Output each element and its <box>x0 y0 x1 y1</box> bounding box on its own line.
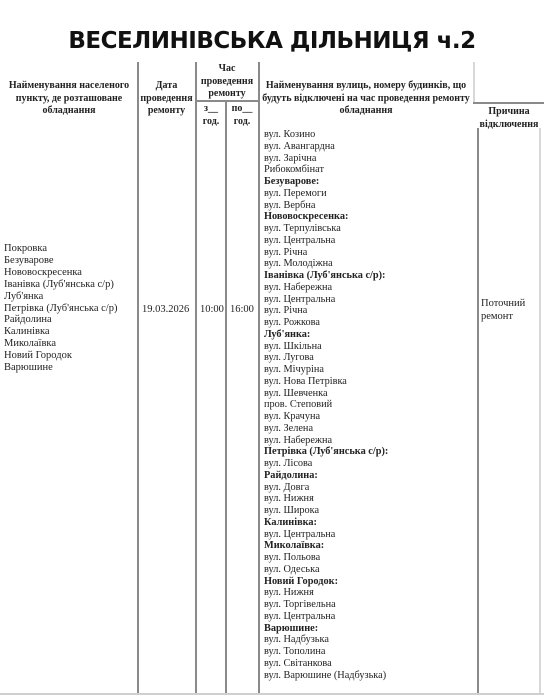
street-item: вул. Варюшине (Надбузька) <box>264 670 388 682</box>
outage-reason: Поточний ремонт <box>481 298 537 323</box>
page-title: ВЕСЕЛИНІВСЬКА ДІЛЬНИЦЯ ч.2 <box>0 28 544 54</box>
table-divider <box>225 100 227 694</box>
street-item: вул. Центральна <box>264 529 388 541</box>
street-item: вул. Нова Петрівка <box>264 376 388 388</box>
time-to: 16:00 <box>230 304 254 316</box>
street-item: вул. Зелена <box>264 423 388 435</box>
street-item: вул. Шкільна <box>264 341 388 353</box>
street-item: вул. Козино <box>264 129 388 141</box>
settlement-item: Іванівка (Луб'янська с/р) <box>4 279 117 291</box>
street-item: вул. Вербна <box>264 200 388 212</box>
settlement-item: Райдолина <box>4 314 117 326</box>
street-item: вул. Тополина <box>264 646 388 658</box>
table-divider <box>0 693 544 695</box>
street-item: вул. Шевченка <box>264 388 388 400</box>
settlement-group-heading: Новий Городок: <box>264 576 388 588</box>
street-item: вул. Широка <box>264 505 388 517</box>
settlement-group-heading: Луб'янка: <box>264 329 388 341</box>
street-item: вул. Лісова <box>264 458 388 470</box>
table-divider <box>477 128 479 694</box>
table-divider <box>473 102 544 104</box>
settlement-group-heading: Петрівка (Луб'янська с/р): <box>264 446 388 458</box>
street-item: вул. Лугова <box>264 352 388 364</box>
table-divider <box>539 128 541 694</box>
street-item: вул. Авангардна <box>264 141 388 153</box>
settlement-group-heading: Миколаївка: <box>264 540 388 552</box>
street-item: вул. Довга <box>264 482 388 494</box>
street-item: вул. Центральна <box>264 611 388 623</box>
street-item: вул. Мічуріна <box>264 364 388 376</box>
street-item: вул. Надбузька <box>264 634 388 646</box>
street-item: вул. Одеська <box>264 564 388 576</box>
header-time-to: по__ год. <box>228 103 256 128</box>
street-item: Рибокомбінат <box>264 164 388 176</box>
header-date: Дата проведення ремонту <box>138 80 195 118</box>
settlement-group-heading: Райдолина: <box>264 470 388 482</box>
settlement-item: Луб'янка <box>4 291 117 303</box>
street-item: вул. Центральна <box>264 235 388 247</box>
street-item: вул. Річна <box>264 247 388 259</box>
street-item: вул. Нижня <box>264 493 388 505</box>
settlement-group-heading: Калинівка: <box>264 517 388 529</box>
settlement-item: Петрівка (Луб'янська с/р) <box>4 303 117 315</box>
settlement-item: Безуварове <box>4 255 117 267</box>
street-list: вул. Козиновул. Авангарднавул. ЗарічнаРи… <box>264 129 388 681</box>
repair-date: 19.03.2026 <box>142 304 189 316</box>
street-item: вул. Польова <box>264 552 388 564</box>
street-item: вул. Молодіжна <box>264 258 388 270</box>
street-item: вул. Рожкова <box>264 317 388 329</box>
header-settlement: Найменування населеного пункту, де розта… <box>3 80 135 118</box>
header-time-from: з__ год. <box>200 103 222 128</box>
street-item: вул. Набережна <box>264 282 388 294</box>
street-item: вул. Світанкова <box>264 658 388 670</box>
street-item: вул. Річна <box>264 305 388 317</box>
street-item: вул. Нижня <box>264 587 388 599</box>
street-item: пров. Степовий <box>264 399 388 411</box>
settlement-group-heading: Нововоскресенка: <box>264 211 388 223</box>
street-item: вул. Зарічна <box>264 153 388 165</box>
header-reason: Причина відключення <box>478 106 540 131</box>
settlement-group-heading: Безуварове: <box>264 176 388 188</box>
header-time: Час проведення ремонту <box>196 63 258 101</box>
street-item: вул. Крачуна <box>264 411 388 423</box>
settlement-group-heading: Варюшине: <box>264 623 388 635</box>
street-item: вул. Терпулівська <box>264 223 388 235</box>
settlement-group-heading: Іванівка (Луб'янська с/р): <box>264 270 388 282</box>
table-divider <box>258 62 260 694</box>
header-streets: Найменування вулиць, номеру будинків, що… <box>260 80 472 118</box>
settlement-item: Варюшине <box>4 362 117 374</box>
street-item: вул. Набережна <box>264 435 388 447</box>
settlement-item: Калинівка <box>4 326 117 338</box>
time-from: 10:00 <box>200 304 224 316</box>
settlement-item: Покровка <box>4 243 117 255</box>
settlement-item: Новий Городок <box>4 350 117 362</box>
settlement-list: Покровка Безуварове Нововоскресенка Іван… <box>4 243 117 374</box>
settlement-item: Миколаївка <box>4 338 117 350</box>
street-item: вул. Центральна <box>264 294 388 306</box>
settlement-item: Нововоскресенка <box>4 267 117 279</box>
table-divider <box>195 62 197 694</box>
street-item: вул. Перемоги <box>264 188 388 200</box>
street-item: вул. Торгівельна <box>264 599 388 611</box>
table-divider <box>473 62 475 102</box>
table-divider <box>137 62 139 694</box>
